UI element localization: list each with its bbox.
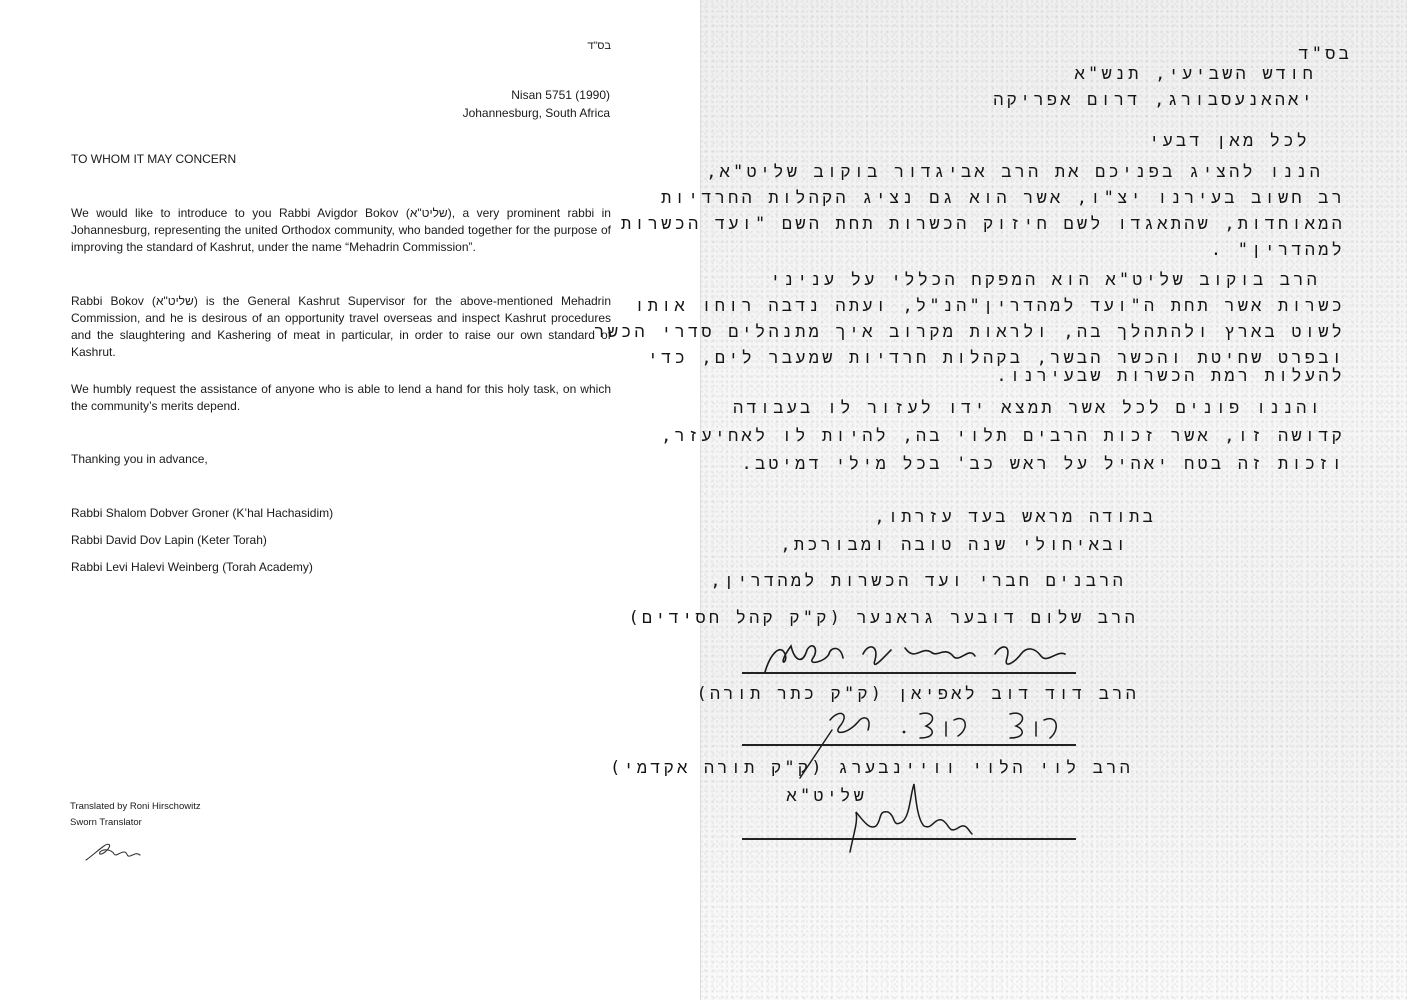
letter-place: Johannesburg, South Africa <box>463 105 610 122</box>
hebrew-original-page: בס"ד חודש השביעי, תנש"א יאהאנעסבורג, דרו… <box>700 0 1407 1000</box>
handwritten-signature-groner-icon <box>745 632 1075 680</box>
hebrew-body-line: להעלות רמת הכשרות שבעירנו. <box>996 366 1345 387</box>
paragraph-introduction: We would like to introduce to you Rabbi … <box>71 205 611 256</box>
bsd-header: בס"ד <box>587 38 611 55</box>
hebrew-body-line: הרב בוקוב שליט"א הוא המפקח הכללי על ענינ… <box>770 270 1320 291</box>
hebrew-body-line: המאוחדות, שהתאגדו לשם חיזוק הכשרות תחת ה… <box>621 214 1345 235</box>
paragraph-supervisor: Rabbi Bokov (שליט"א) is the General Kash… <box>71 293 611 361</box>
signatory-lapin: Rabbi David Dov Lapin (Keter Torah) <box>71 532 267 549</box>
hebrew-body-line: למהדרין" . <box>1211 240 1345 261</box>
translator-title: Sworn Translator <box>70 816 142 829</box>
hebrew-date: חודש השביעי, תנש"א <box>1075 64 1316 85</box>
hebrew-closing-line: ובאיחולי שנה טובה ומבורכת, <box>780 535 1129 556</box>
hebrew-body-line: והננו פונים לכל אשר תמצא ידו לעזור לו בע… <box>733 398 1323 419</box>
hebrew-bsd-header: בס"ד <box>1298 44 1352 65</box>
hebrew-closing-line: בתודה מראש בעד עזרתו, <box>874 507 1156 528</box>
hebrew-place: יאהאנעסבורג, דרום אפריקה <box>993 90 1315 111</box>
english-translation-page: בס"ד Nisan 5751 (1990) Johannesburg, Sou… <box>0 0 700 1000</box>
hebrew-body-line: רב חשוב בעירנו יצ"ו, אשר הוא גם נציג הקה… <box>661 188 1345 209</box>
closing-line: Thanking you in advance, <box>71 451 208 468</box>
paragraph-request: We humbly request the assistance of anyo… <box>71 381 611 415</box>
letter-date: Nisan 5751 (1990) <box>511 87 610 104</box>
translator-name: Translated by Roni Hirschowitz <box>70 800 201 813</box>
handwritten-signature-lapin-icon <box>770 700 1080 780</box>
signatory-weinberg: Rabbi Levi Halevi Weinberg (Torah Academ… <box>71 559 313 576</box>
handwritten-signature-weinberg-icon <box>840 782 980 860</box>
hebrew-body-line: כשרות אשר תחת ה"ועד למהדרין"הנ"ל, ועתה נ… <box>634 296 1345 317</box>
signatory-groner: Rabbi Shalom Dobver Groner (K’hal Hachas… <box>71 505 333 522</box>
hebrew-body-line: וזכות זה בטח יאהיל על ראש כב' בכל מילי ד… <box>742 454 1345 475</box>
hebrew-closing-line: הרבנים חברי ועד הכשרות למהדרין, <box>710 571 1126 592</box>
salutation: TO WHOM IT MAY CONCERN <box>71 151 236 168</box>
hebrew-body-line: הננו להציג בפניכם את הרב אביגדור בוקוב ש… <box>706 162 1323 183</box>
hebrew-salutation: לכל מאן דבעי <box>1149 131 1310 152</box>
hebrew-signatory-groner: הרב שלום דובער גראנער (ק"ק קהל חסידים) <box>628 608 1138 629</box>
hebrew-body-line: קדושה זו, אשר זכות הרבים תלוי בה, להיות … <box>661 426 1345 447</box>
hebrew-body-line: לשוט בארץ ולהתהלך בה, ולראות מקרוב איך מ… <box>594 322 1345 343</box>
translator-signature-icon <box>84 838 144 864</box>
